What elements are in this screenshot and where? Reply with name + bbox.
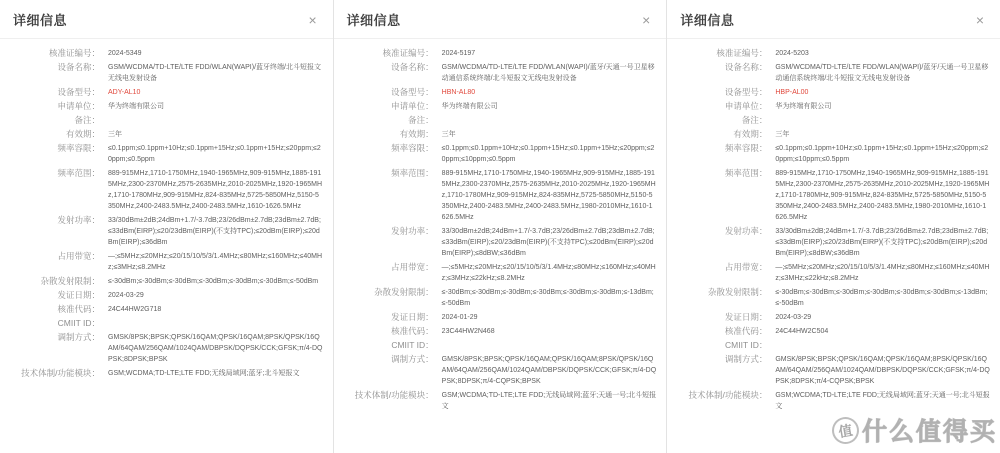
field-row: 杂散发射限制：≤-30dBm;≤-30dBm;≤-30dBm;≤-30dBm;≤… bbox=[334, 287, 657, 309]
field-label: 申请单位： bbox=[334, 101, 434, 112]
field-label: 备注： bbox=[334, 115, 434, 126]
field-value: 33/30dBm±2dB;24dBm+1.7/-3.7dB;23/26dBm±2… bbox=[775, 226, 990, 259]
field-label: 备注： bbox=[0, 115, 100, 126]
field-label: 发证日期： bbox=[0, 290, 100, 301]
field-row: 备注： bbox=[0, 115, 323, 126]
field-row: 发证日期：2024-03-29 bbox=[0, 290, 323, 301]
field-value: 华为终端有限公司 bbox=[108, 101, 323, 112]
field-value: 2024-03-29 bbox=[775, 312, 990, 323]
field-label: 发证日期： bbox=[667, 312, 767, 323]
field-value: 23C44HW2N468 bbox=[442, 326, 657, 337]
field-row: 频率容限：≤0.1ppm;≤0.1ppm+10Hz;≤0.1ppm+15Hz;≤… bbox=[334, 143, 657, 165]
field-row: 频率范围：889-915MHz,1710-1750MHz,1940-1965MH… bbox=[334, 168, 657, 223]
field-row: 核准代码：24C44HW2C504 bbox=[667, 326, 990, 337]
field-label: 杂散发射限制： bbox=[667, 287, 767, 309]
field-label: 占用带宽： bbox=[667, 262, 767, 284]
panel-title: 详细信息 bbox=[680, 10, 734, 29]
field-label: 有效期： bbox=[0, 129, 100, 140]
field-row: 发射功率：33/30dBm±2dB;24dBm+1.7/-3.7dB;23/26… bbox=[667, 226, 990, 259]
field-label: 核准证编号： bbox=[334, 48, 434, 59]
field-row: 备注： bbox=[667, 115, 990, 126]
field-value: ≤-30dBm;≤-30dBm;≤-30dBm;≤-30dBm;≤-30dBm;… bbox=[442, 287, 657, 309]
field-value: —;≤5MHz;≤20MHz;≤20/15/10/5/3/1.4MHz;≤80M… bbox=[442, 262, 657, 284]
field-label: 频率容限： bbox=[667, 143, 767, 165]
field-value: 33/30dBm±2dB;24dBm+1.7/-3.7dB;23/26dBm±2… bbox=[442, 226, 657, 259]
field-row: 设备名称：GSM/WCDMA/TD-LTE/LTE FDD/WLAN(WAPI)… bbox=[0, 62, 323, 84]
field-label: 发射功率： bbox=[0, 215, 100, 248]
field-label: 核准证编号： bbox=[667, 48, 767, 59]
field-value: GSM;WCDMA;TD-LTE;LTE FDD;无线局域网;蓝牙;天通一号;北… bbox=[442, 390, 657, 412]
field-label: 设备名称： bbox=[334, 62, 434, 84]
field-label: 技术体制/功能模块： bbox=[0, 368, 100, 379]
field-list: 核准证编号：2024-5203设备名称：GSM/WCDMA/TD-LTE/LTE… bbox=[667, 39, 1000, 412]
field-value: 24C44HW2C504 bbox=[775, 326, 990, 337]
field-row: 申请单位：华为终端有限公司 bbox=[0, 101, 323, 112]
field-label: 有效期： bbox=[334, 129, 434, 140]
field-label: CMIIT ID： bbox=[0, 318, 100, 329]
field-label: 核准代码： bbox=[667, 326, 767, 337]
field-row: 发射功率：33/30dBm±2dB;24dBm+1.7/-3.7dB;23/26… bbox=[0, 215, 323, 248]
field-row: 发射功率：33/30dBm±2dB;24dBm+1.7/-3.7dB;23/26… bbox=[334, 226, 657, 259]
field-value: GSM;WCDMA;TD-LTE;LTE FDD;无线局域网;蓝牙;天通一号;北… bbox=[775, 390, 990, 412]
field-value: GMSK/8PSK;BPSK;QPSK/16QAM;QPSK/16QAM;8PS… bbox=[775, 354, 990, 387]
field-row: 调制方式：GMSK/8PSK;BPSK;QPSK/16QAM;QPSK/16QA… bbox=[334, 354, 657, 387]
field-label: 频率范围： bbox=[667, 168, 767, 223]
field-row: 发证日期：2024-03-29 bbox=[667, 312, 990, 323]
field-label: 核准代码： bbox=[334, 326, 434, 337]
field-row: 设备型号：ADY-AL10 bbox=[0, 87, 323, 98]
field-label: 频率范围： bbox=[0, 168, 100, 212]
field-list: 核准证编号：2024-5349设备名称：GSM/WCDMA/TD-LTE/LTE… bbox=[0, 39, 333, 379]
field-value: 2024-03-29 bbox=[108, 290, 323, 301]
panel-title: 详细信息 bbox=[13, 10, 67, 29]
field-list: 核准证编号：2024-5197设备名称：GSM/WCDMA/TD-LTE/LTE… bbox=[334, 39, 667, 412]
field-label: CMIIT ID： bbox=[667, 340, 767, 351]
field-value: ≤-30dBm;≤-30dBm;≤-30dBm;≤-30dBm;≤-30dBm;… bbox=[108, 276, 323, 287]
field-value: —;≤5MHz;≤20MHz;≤20/15/10/5/3/1.4MHz;≤80M… bbox=[108, 251, 323, 273]
field-label: 调制方式： bbox=[0, 332, 100, 365]
field-value bbox=[108, 115, 323, 126]
field-row: 核准证编号：2024-5197 bbox=[334, 48, 657, 59]
close-icon[interactable]: × bbox=[306, 13, 318, 27]
field-value: 33/30dBm±2dB;24dBm+1.7/-3.7dB;23/26dBm±2… bbox=[108, 215, 323, 248]
field-label: 发射功率： bbox=[667, 226, 767, 259]
field-value: GSM/WCDMA/TD-LTE/LTE FDD/WLAN(WAPI)/蓝牙终端… bbox=[108, 62, 323, 84]
field-label: 设备名称： bbox=[667, 62, 767, 84]
field-value: 三年 bbox=[775, 129, 990, 140]
certification-detail-modals: 详细信息 × 核准证编号：2024-5349设备名称：GSM/WCDMA/TD-… bbox=[0, 0, 1000, 453]
close-icon[interactable]: × bbox=[640, 13, 652, 27]
field-row: 有效期：三年 bbox=[0, 129, 323, 140]
field-row: 有效期：三年 bbox=[667, 129, 990, 140]
field-value: 华为终端有限公司 bbox=[442, 101, 657, 112]
field-value: ADY-AL10 bbox=[108, 87, 323, 98]
panel-header: 详细信息 × bbox=[667, 0, 1000, 39]
field-row: 杂散发射限制：≤-30dBm;≤-30dBm;≤-30dBm;≤-30dBm;≤… bbox=[0, 276, 323, 287]
field-label: 设备型号： bbox=[667, 87, 767, 98]
field-value bbox=[108, 318, 323, 329]
field-row: 申请单位：华为终端有限公司 bbox=[334, 101, 657, 112]
field-value: HBP-AL00 bbox=[775, 87, 990, 98]
field-label: 杂散发射限制： bbox=[334, 287, 434, 309]
field-row: 设备型号：HBP-AL00 bbox=[667, 87, 990, 98]
field-row: CMIIT ID： bbox=[0, 318, 323, 329]
field-label: 发证日期： bbox=[334, 312, 434, 323]
field-value: ≤-30dBm;≤-30dBm;≤-30dBm;≤-30dBm;≤-30dBm;… bbox=[775, 287, 990, 309]
field-row: 技术体制/功能模块：GSM;WCDMA;TD-LTE;LTE FDD;无线局域网… bbox=[334, 390, 657, 412]
panel-title: 详细信息 bbox=[347, 10, 401, 29]
field-row: 技术体制/功能模块：GSM;WCDMA;TD-LTE;LTE FDD;无线局域网… bbox=[667, 390, 990, 412]
field-label: 申请单位： bbox=[667, 101, 767, 112]
field-label: 技术体制/功能模块： bbox=[667, 390, 767, 412]
field-label: 调制方式： bbox=[667, 354, 767, 387]
field-value: 889-915MHz,1710-1750MHz,1940-1965MHz,909… bbox=[108, 168, 323, 212]
field-value: 2024-01-29 bbox=[442, 312, 657, 323]
field-row: 频率范围：889-915MHz,1710-1750MHz,1940-1965MH… bbox=[667, 168, 990, 223]
close-icon[interactable]: × bbox=[974, 13, 986, 27]
field-row: CMIIT ID： bbox=[667, 340, 990, 351]
field-label: 杂散发射限制： bbox=[0, 276, 100, 287]
field-value: —;≤5MHz;≤20MHz;≤20/15/10/5/3/1.4MHz;≤80M… bbox=[775, 262, 990, 284]
field-value: ≤0.1ppm;≤0.1ppm+10Hz;≤0.1ppm+15Hz;≤0.1pp… bbox=[108, 143, 323, 165]
field-row: 占用带宽：—;≤5MHz;≤20MHz;≤20/15/10/5/3/1.4MHz… bbox=[0, 251, 323, 273]
field-value: ≤0.1ppm;≤0.1ppm+10Hz;≤0.1ppm+15Hz;≤0.1pp… bbox=[442, 143, 657, 165]
detail-panel-1: 详细信息 × 核准证编号：2024-5349设备名称：GSM/WCDMA/TD-… bbox=[0, 0, 333, 453]
field-label: 核准证编号： bbox=[0, 48, 100, 59]
field-label: CMIIT ID： bbox=[334, 340, 434, 351]
field-label: 设备型号： bbox=[334, 87, 434, 98]
field-value: GSM/WCDMA/TD-LTE/LTE FDD/WLAN(WAPI)/蓝牙/天… bbox=[775, 62, 990, 84]
detail-panel-3: 详细信息 × 核准证编号：2024-5203设备名称：GSM/WCDMA/TD-… bbox=[666, 0, 1000, 453]
field-value: 2024-5349 bbox=[108, 48, 323, 59]
field-value: 889-915MHz,1710-1750MHz,1940-1965MHz,909… bbox=[775, 168, 990, 223]
field-row: 核准代码：24C44HW2G718 bbox=[0, 304, 323, 315]
field-label: 频率容限： bbox=[334, 143, 434, 165]
field-label: 设备名称： bbox=[0, 62, 100, 84]
field-value: 三年 bbox=[442, 129, 657, 140]
field-value bbox=[775, 340, 990, 351]
field-row: 杂散发射限制：≤-30dBm;≤-30dBm;≤-30dBm;≤-30dBm;≤… bbox=[667, 287, 990, 309]
field-value: GSM/WCDMA/TD-LTE/LTE FDD/WLAN(WAPI)/蓝牙/天… bbox=[442, 62, 657, 84]
field-label: 设备型号： bbox=[0, 87, 100, 98]
field-row: 设备名称：GSM/WCDMA/TD-LTE/LTE FDD/WLAN(WAPI)… bbox=[334, 62, 657, 84]
field-row: 设备型号：HBN-AL80 bbox=[334, 87, 657, 98]
panel-header: 详细信息 × bbox=[0, 0, 333, 39]
field-row: 占用带宽：—;≤5MHz;≤20MHz;≤20/15/10/5/3/1.4MHz… bbox=[334, 262, 657, 284]
field-label: 占用带宽： bbox=[0, 251, 100, 273]
field-value: ≤0.1ppm;≤0.1ppm+10Hz;≤0.1ppm+15Hz;≤0.1pp… bbox=[775, 143, 990, 165]
field-label: 申请单位： bbox=[0, 101, 100, 112]
field-label: 调制方式： bbox=[334, 354, 434, 387]
field-row: 调制方式：GMSK/8PSK;BPSK;QPSK/16QAM;QPSK/16QA… bbox=[667, 354, 990, 387]
field-row: 核准证编号：2024-5349 bbox=[0, 48, 323, 59]
field-row: 设备名称：GSM/WCDMA/TD-LTE/LTE FDD/WLAN(WAPI)… bbox=[667, 62, 990, 84]
field-value bbox=[442, 340, 657, 351]
field-row: 频率范围：889-915MHz,1710-1750MHz,1940-1965MH… bbox=[0, 168, 323, 212]
field-label: 发射功率： bbox=[334, 226, 434, 259]
field-value: 2024-5203 bbox=[775, 48, 990, 59]
field-value: HBN-AL80 bbox=[442, 87, 657, 98]
field-label: 占用带宽： bbox=[334, 262, 434, 284]
field-row: 发证日期：2024-01-29 bbox=[334, 312, 657, 323]
field-label: 备注： bbox=[667, 115, 767, 126]
field-value: GMSK/8PSK;BPSK;QPSK/16QAM;QPSK/16QAM;8PS… bbox=[108, 332, 323, 365]
field-label: 有效期： bbox=[667, 129, 767, 140]
field-value: 三年 bbox=[108, 129, 323, 140]
field-row: 频率容限：≤0.1ppm;≤0.1ppm+10Hz;≤0.1ppm+15Hz;≤… bbox=[0, 143, 323, 165]
detail-panel-2: 详细信息 × 核准证编号：2024-5197设备名称：GSM/WCDMA/TD-… bbox=[333, 0, 667, 453]
field-row: 备注： bbox=[334, 115, 657, 126]
field-row: 占用带宽：—;≤5MHz;≤20MHz;≤20/15/10/5/3/1.4MHz… bbox=[667, 262, 990, 284]
field-row: CMIIT ID： bbox=[334, 340, 657, 351]
field-row: 核准代码：23C44HW2N468 bbox=[334, 326, 657, 337]
field-value bbox=[775, 115, 990, 126]
field-label: 技术体制/功能模块： bbox=[334, 390, 434, 412]
field-value: 24C44HW2G718 bbox=[108, 304, 323, 315]
panel-header: 详细信息 × bbox=[334, 0, 667, 39]
field-value: GSM;WCDMA;TD-LTE;LTE FDD;无线局域网;蓝牙;北斗短报文 bbox=[108, 368, 323, 379]
field-value: 华为终端有限公司 bbox=[775, 101, 990, 112]
field-row: 核准证编号：2024-5203 bbox=[667, 48, 990, 59]
field-value: GMSK/8PSK;BPSK;QPSK/16QAM;QPSK/16QAM;8PS… bbox=[442, 354, 657, 387]
field-row: 调制方式：GMSK/8PSK;BPSK;QPSK/16QAM;QPSK/16QA… bbox=[0, 332, 323, 365]
field-label: 频率范围： bbox=[334, 168, 434, 223]
field-row: 频率容限：≤0.1ppm;≤0.1ppm+10Hz;≤0.1ppm+15Hz;≤… bbox=[667, 143, 990, 165]
field-label: 频率容限： bbox=[0, 143, 100, 165]
field-value: 2024-5197 bbox=[442, 48, 657, 59]
field-row: 技术体制/功能模块：GSM;WCDMA;TD-LTE;LTE FDD;无线局域网… bbox=[0, 368, 323, 379]
field-value: 889-915MHz,1710-1750MHz,1940-1965MHz,909… bbox=[442, 168, 657, 223]
field-row: 申请单位：华为终端有限公司 bbox=[667, 101, 990, 112]
field-label: 核准代码： bbox=[0, 304, 100, 315]
field-row: 有效期：三年 bbox=[334, 129, 657, 140]
field-value bbox=[442, 115, 657, 126]
